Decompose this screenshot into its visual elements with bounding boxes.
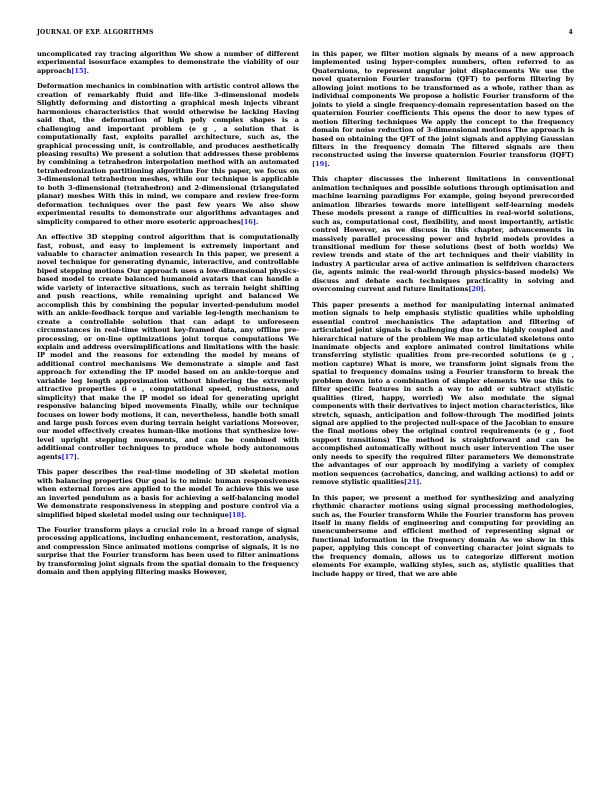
paragraph-tail: . [419,478,421,486]
paragraph-text: The Fourier transform plays a crucial ro… [37,526,299,576]
paragraph-tail: . [87,67,89,75]
left-column: uncomplicated ray tracing algorithm We s… [37,50,299,584]
paragraph-tail: . [256,218,258,226]
running-header: JOURNAL OF EXP. ALGORITHMS 4 [37,29,575,39]
citation-link[interactable]: [19] [312,160,327,168]
citation-link[interactable]: [21] [404,478,419,486]
citation-link[interactable]: [17] [62,453,77,461]
right-column: in this paper, we filter motion signals … [312,50,574,585]
paragraph: The Fourier transform plays a crucial ro… [37,526,299,577]
paragraph-tail: . [484,285,486,293]
paragraph: Deformation mechanics in combination wit… [37,82,299,226]
journal-title: JOURNAL OF EXP. ALGORITHMS [37,29,154,36]
citation-link[interactable]: [18] [229,511,244,519]
paragraph-text: An effective 3D stepping control algorit… [37,233,299,461]
paragraph-tail: . [77,453,79,461]
paragraph-text: This chapter discusses the inherent limi… [312,175,574,293]
paragraph-tail: . [244,511,246,519]
paragraph: in this paper, we filter motion signals … [312,50,574,168]
paragraph-text: In this paper, we present a method for s… [312,494,574,578]
citation-link[interactable]: [16] [241,218,256,226]
paragraph-text: This paper describes the real-time model… [37,468,299,518]
paragraph: This paper presents a method for manipul… [312,301,574,487]
paragraph: In this paper, we present a method for s… [312,494,574,579]
paragraph: This paper describes the real-time model… [37,468,299,519]
citation-link[interactable]: [20] [468,285,483,293]
paragraph: uncomplicated ray tracing algorithm We s… [37,50,299,75]
paragraph: This chapter discusses the inherent limi… [312,175,574,293]
paragraph-text: This paper presents a method for manipul… [312,301,574,487]
citation-link[interactable]: [15] [71,67,86,75]
paragraph-tail: . [327,160,329,168]
paragraph-text: in this paper, we filter motion signals … [312,50,574,159]
paragraph: An effective 3D stepping control algorit… [37,233,299,461]
paragraph-text: Deformation mechanics in combination wit… [37,82,299,225]
page-number: 4 [569,29,573,36]
